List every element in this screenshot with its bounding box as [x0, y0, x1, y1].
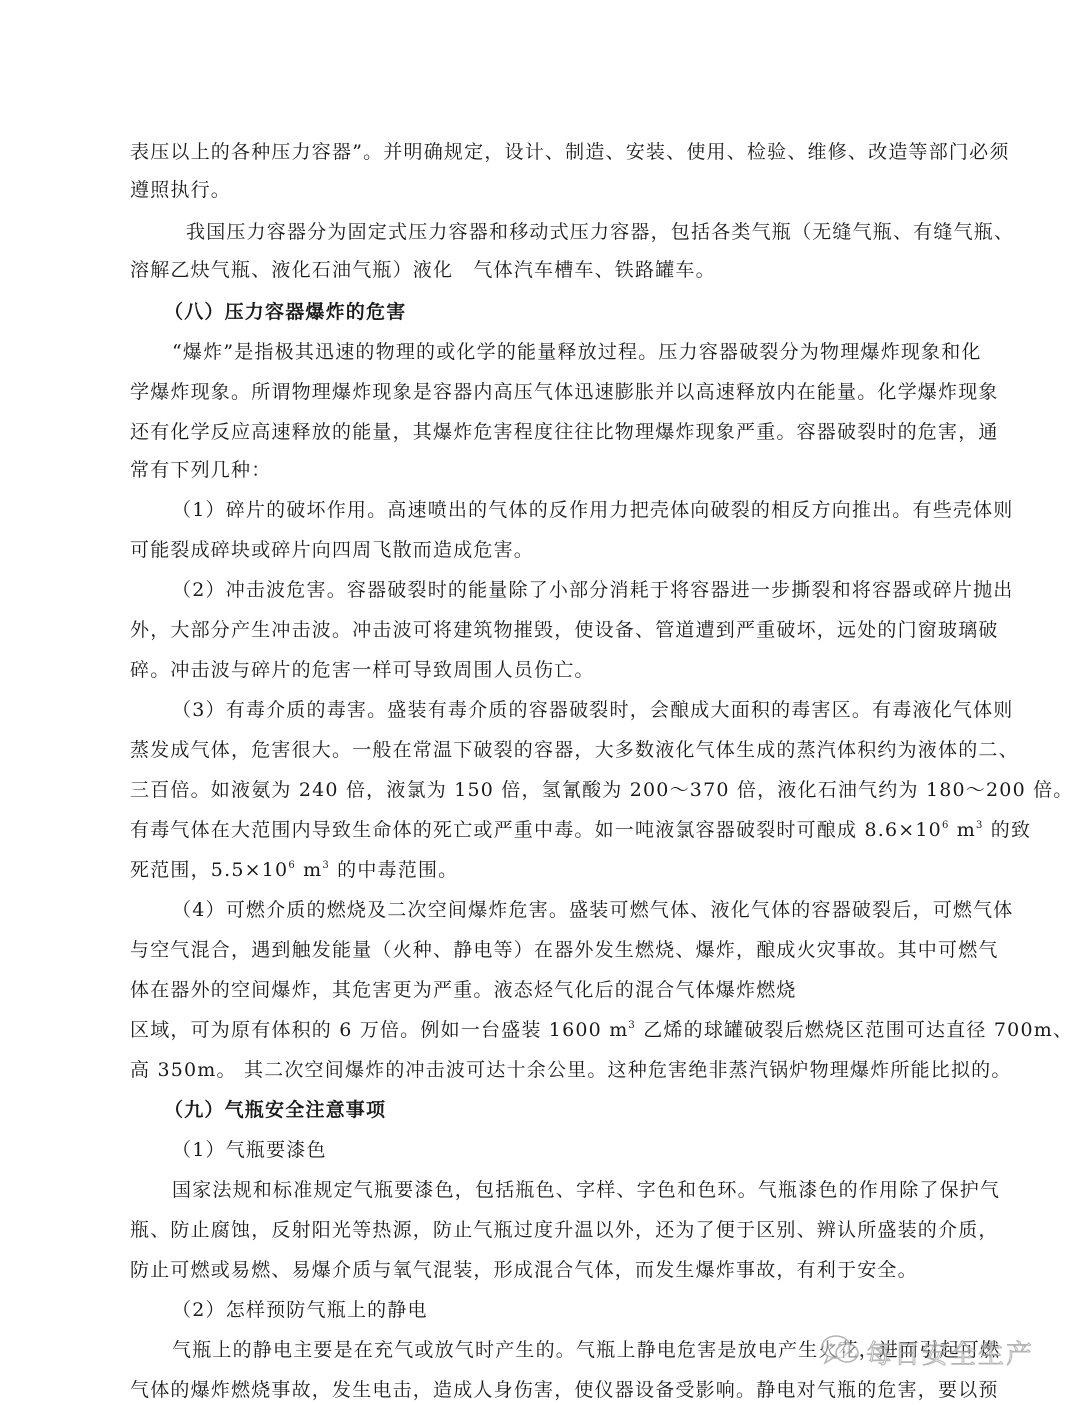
list-item-3: （3）有毒介质的毒害。盛装有毒介质的容器破裂时，会酿成大面积的毒害区。有毒液化气… — [172, 698, 960, 722]
paragraph-line: “爆炸”是指极其迅速的物理的或化学的能量释放过程。压力容器破裂分为物理爆炸现象和… — [172, 340, 960, 364]
paragraph-line: 外，大部分产生冲击波。冲击波可将建筑物摧毁，使设备、管道遭到严重破坏，远处的门窗… — [130, 618, 960, 642]
subsection-heading-1: （1）气瓶要漆色 — [172, 1138, 1002, 1162]
list-item-4: （4）可燃介质的燃烧及二次空间爆炸危害。盛装可燃气体、液化气体的容器破裂后，可燃… — [172, 898, 960, 922]
paragraph-line: 碎。冲击波与碎片的危害一样可导致周围人员伤亡。 — [130, 658, 960, 682]
section-heading-9: （九）气瓶安全注意事项 — [164, 1098, 994, 1122]
paragraph-line: 国家法规和标准规定气瓶要漆色，包括瓶色、字样、字色和色环。气瓶漆色的作用除了保护… — [172, 1178, 960, 1202]
paragraph-line: 表压以上的各种压力容器”。并明确规定，设计、制造、安装、使用、检验、维修、改造等… — [130, 140, 960, 164]
paragraph-line: 瓶、防止腐蚀，反射阳光等热源，防止气瓶过度升温以外，还为了便于区别、辨认所盛装的… — [130, 1218, 960, 1242]
paragraph-line: 蒸发成气体，危害很大。一般在常温下破裂的容器，大多数液化气体生成的蒸汽体积约为液… — [130, 738, 960, 762]
paragraph-line: 防止可燃或易燃、易爆介质与氧气混装，形成混合气体，而发生爆炸事故，有利于安全。 — [130, 1258, 960, 1282]
document-page: 表压以上的各种压力容器”。并明确规定，设计、制造、安装、使用、检验、维修、改造等… — [0, 0, 1080, 1405]
paragraph-line: 溶解乙炔气瓶、液化石油气瓶）液化 气体汽车槽车、铁路罐车。 — [130, 258, 960, 282]
paragraph-line: 与空气混合，遇到触发能量（火种、静电等）在器外发生燃烧、爆炸，酿成火灾事故。其中… — [130, 938, 960, 962]
paragraph-line: 学爆炸现象。所谓物理爆炸现象是容器内高压气体迅速膨胀并以高速释放内在能量。化学爆… — [130, 380, 960, 404]
section-heading-8: （八）压力容器爆炸的危害 — [164, 300, 994, 324]
paragraph-line: 常有下列几种： — [130, 458, 960, 482]
paragraph-line: 死范围，5.5×106 m3 的中毒范围。 — [130, 858, 960, 882]
watermark: 每日安全生产 — [820, 1332, 1034, 1372]
list-item-2: （2）冲击波危害。容器破裂时的能量除了小部分消耗于将容器进一步撕裂和将容器或碎片… — [172, 578, 960, 602]
list-item-1: （1）碎片的破坏作用。高速喷出的气体的反作用力把壳体向破裂的相反方向推出。有些壳… — [172, 498, 960, 522]
paragraph-line: 气体的爆炸燃烧事故，发生电击，造成人身伤害，使仪器设备受影响。静电对气瓶的危害，… — [130, 1378, 960, 1402]
paragraph-line: 我国压力容器分为固定式压力容器和移动式压力容器，包括各类气瓶（无缝气瓶、有缝气瓶… — [186, 220, 960, 244]
subsection-heading-2: （2）怎样预防气瓶上的静电 — [172, 1298, 1002, 1322]
paragraph-line: 可能裂成碎块或碎片向四周飞散而造成危害。 — [130, 538, 960, 562]
watermark-text: 每日安全生产 — [866, 1334, 1034, 1371]
paragraph-line: 有毒气体在大范围内导致生命体的死亡或严重中毒。如一吨液氯容器破裂时可酿成 8.6… — [130, 818, 960, 842]
paragraph-line: 体在器外的空间爆炸，其危害更为严重。液态烃气化后的混合气体爆炸燃烧 — [130, 978, 960, 1002]
paragraph-line: 遵照执行。 — [130, 178, 960, 202]
paragraph-line: 三百倍。如液氨为 240 倍，液氯为 150 倍，氢氰酸为 200～370 倍，… — [130, 778, 960, 802]
paragraph-line: 还有化学反应高速释放的能量，其爆炸危害程度往往比物理爆炸现象严重。容器破裂时的危… — [130, 420, 960, 444]
paragraph-line: 区域，可为原有体积的 6 万倍。例如一台盛装 1600 m3 乙烯的球罐破裂后燃… — [130, 1018, 960, 1042]
wechat-chat-icon — [820, 1333, 860, 1372]
paragraph-line: 高 350m。 其二次空间爆炸的冲击波可达十余公里。这种危害绝非蒸汽锅炉物理爆炸… — [130, 1058, 960, 1082]
